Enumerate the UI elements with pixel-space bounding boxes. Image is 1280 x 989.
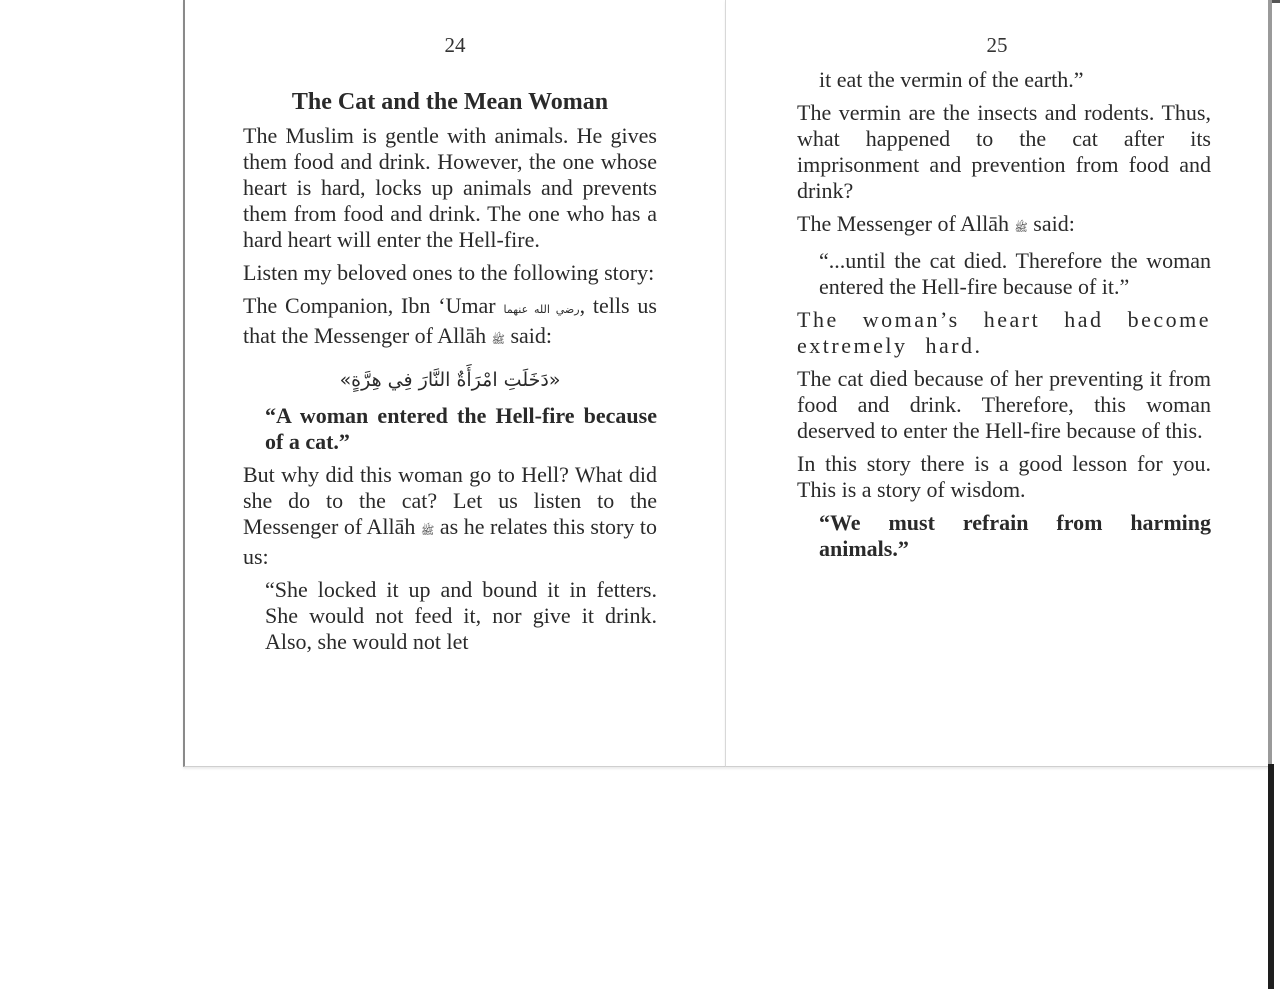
arabic-hadith: «دَخَلَتِ امْرَأَةٌ النَّارَ فِي هِرَّةٍ… bbox=[243, 367, 657, 393]
right-page-content: it eat the vermin of the earth.” The ver… bbox=[797, 67, 1211, 569]
hadith-quote: “...until the cat died. Therefore the wo… bbox=[797, 248, 1211, 300]
bold-quote: “We must refrain from harming animals.” bbox=[797, 510, 1211, 562]
hadith-quote: “She locked it up and bound it in fetter… bbox=[243, 577, 657, 655]
hadith-quote-continued: it eat the vermin of the earth.” bbox=[797, 67, 1211, 93]
paragraph: The woman’s heart had become extremely h… bbox=[797, 307, 1211, 359]
right-page: 25 it eat the vermin of the earth.” The … bbox=[725, 0, 1270, 767]
paragraph: In this story there is a good lesson for… bbox=[797, 451, 1211, 503]
paragraph: Listen my beloved ones to the following … bbox=[243, 260, 657, 286]
text: said: bbox=[510, 323, 552, 348]
left-page: 24 The Cat and the Mean Woman The Muslim… bbox=[183, 0, 725, 767]
paragraph: The Messenger of Allāh ﷺ said: bbox=[797, 211, 1211, 241]
book-edge-shadow bbox=[1268, 764, 1274, 989]
salutation-icon: ﷺ bbox=[1015, 221, 1028, 234]
salutation-icon: ﷺ bbox=[421, 524, 434, 537]
paragraph: The cat died because of her preventing i… bbox=[797, 366, 1211, 444]
bold-quote: “A woman entered the Hell-fire because o… bbox=[243, 403, 657, 455]
story-title: The Cat and the Mean Woman bbox=[243, 89, 657, 115]
paragraph: But why did this woman go to Hell? What … bbox=[243, 462, 657, 570]
paragraph: The vermin are the insects and rodents. … bbox=[797, 100, 1211, 204]
paragraph: The Companion, Ibn ‘Umar رضي الله عنهما,… bbox=[243, 293, 657, 353]
text: said: bbox=[1033, 211, 1075, 236]
left-page-content: The Cat and the Mean Woman The Muslim is… bbox=[243, 89, 657, 662]
paragraph: The Muslim is gentle with animals. He gi… bbox=[243, 123, 657, 253]
page-number: 24 bbox=[185, 33, 725, 58]
arabic-honorific: رضي الله عنهما bbox=[503, 303, 579, 316]
text: The Companion, Ibn ‘Umar bbox=[243, 293, 496, 318]
text: The Messenger of Allāh bbox=[797, 211, 1009, 236]
salutation-icon: ﷺ bbox=[492, 333, 505, 346]
page-number: 25 bbox=[726, 33, 1268, 58]
